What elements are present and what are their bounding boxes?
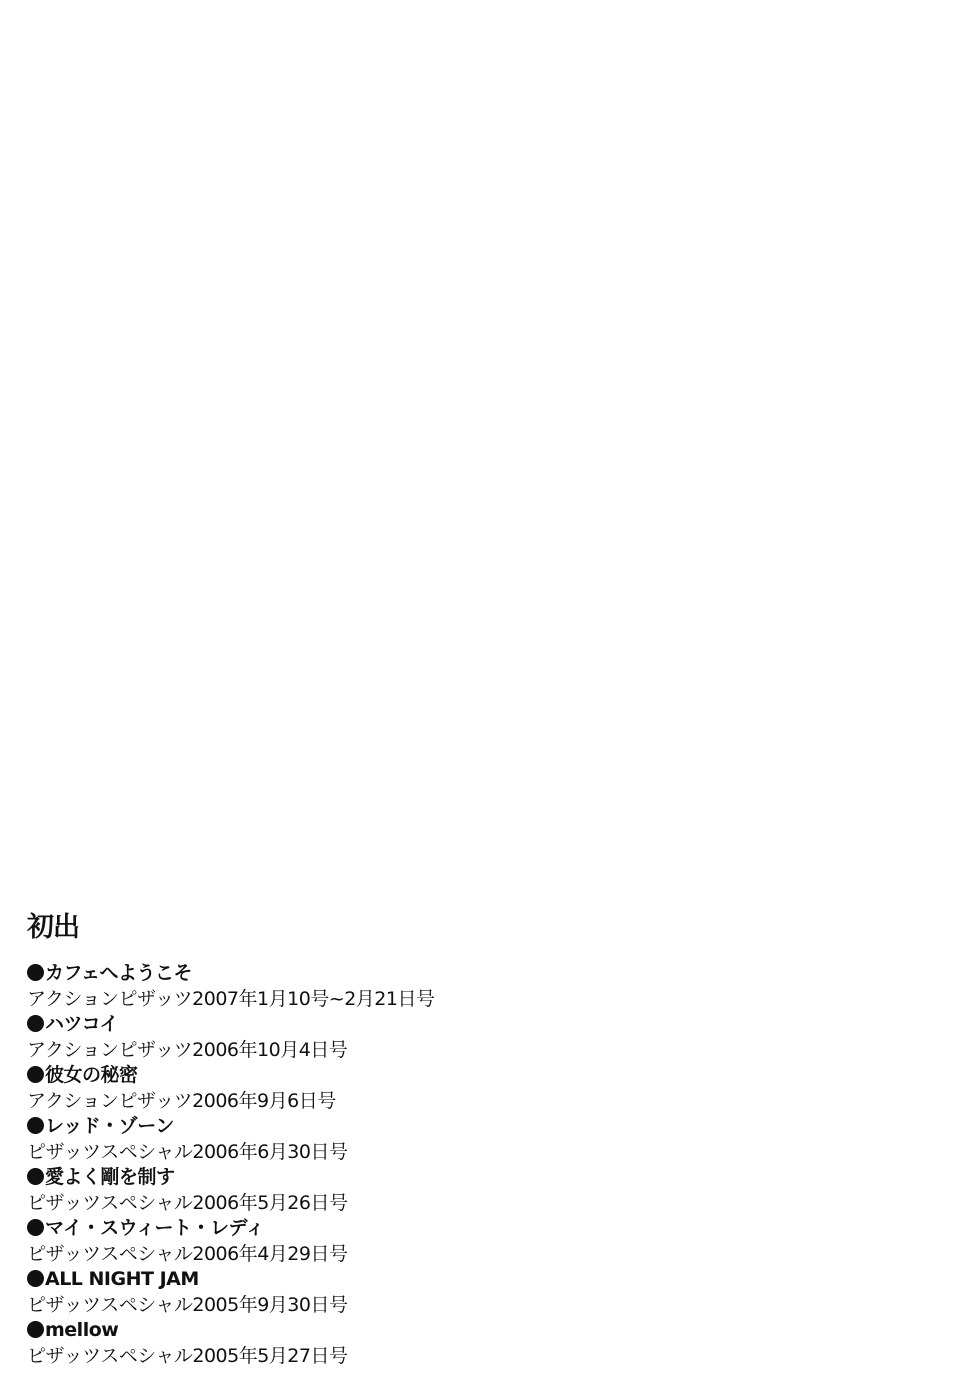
- story-title-text: マイ・スウィート・レディ: [45, 1217, 264, 1239]
- story-title: ALL NIGHT JAM: [27, 1267, 627, 1293]
- bullet-icon: [27, 1321, 44, 1338]
- credit-entry: レッド・ゾーン ピザッツスペシャル2006年6月30日号: [27, 1114, 627, 1165]
- story-title-text: レッド・ゾーン: [45, 1115, 174, 1137]
- page-title: 初出: [27, 908, 627, 948]
- story-title: 愛よく剛を制す: [27, 1165, 627, 1191]
- story-title-text: ALL NIGHT JAM: [45, 1268, 199, 1290]
- credit-entry: ハツコイ アクションピザッツ2006年10月4日号: [27, 1012, 627, 1063]
- story-title-text: 愛よく剛を制す: [45, 1166, 175, 1188]
- publication-source: アクションピザッツ2006年10月4日号: [27, 1038, 627, 1064]
- publication-source: アクションピザッツ2006年9月6日号: [27, 1089, 627, 1115]
- story-title-text: カフェへようこそ: [45, 962, 192, 984]
- bullet-icon: [27, 1066, 44, 1083]
- story-title: カフェへようこそ: [27, 961, 627, 987]
- publication-source: ピザッツスペシャル2006年5月26日号: [27, 1191, 627, 1217]
- story-title: mellow: [27, 1318, 627, 1344]
- publication-source: アクションピザッツ2007年1月10号~2月21日号: [27, 987, 627, 1013]
- story-title-text: 彼女の秘密: [45, 1064, 138, 1086]
- bullet-icon: [27, 1117, 44, 1134]
- credit-entry: カフェへようこそ アクションピザッツ2007年1月10号~2月21日号: [27, 961, 627, 1012]
- bullet-icon: [27, 1270, 44, 1287]
- credit-entry: ALL NIGHT JAM ピザッツスペシャル2005年9月30日号: [27, 1267, 627, 1318]
- bullet-icon: [27, 1168, 44, 1185]
- credit-entry: mellow ピザッツスペシャル2005年5月27日号: [27, 1318, 627, 1369]
- story-title: 彼女の秘密: [27, 1063, 627, 1089]
- publication-source: ピザッツスペシャル2006年4月29日号: [27, 1242, 627, 1268]
- first-appearance-credits: 初出 カフェへようこそ アクションピザッツ2007年1月10号~2月21日号 ハ…: [27, 908, 627, 1369]
- bullet-icon: [27, 964, 44, 981]
- story-title: ハツコイ: [27, 1012, 627, 1038]
- story-title-text: mellow: [45, 1319, 118, 1341]
- story-title-text: ハツコイ: [45, 1013, 118, 1035]
- publication-source: ピザッツスペシャル2005年9月30日号: [27, 1293, 627, 1319]
- credit-entry: 愛よく剛を制す ピザッツスペシャル2006年5月26日号: [27, 1165, 627, 1216]
- publication-source: ピザッツスペシャル2005年5月27日号: [27, 1344, 627, 1370]
- story-title: レッド・ゾーン: [27, 1114, 627, 1140]
- credit-entry: 彼女の秘密 アクションピザッツ2006年9月6日号: [27, 1063, 627, 1114]
- credit-entry: マイ・スウィート・レディ ピザッツスペシャル2006年4月29日号: [27, 1216, 627, 1267]
- story-title: マイ・スウィート・レディ: [27, 1216, 627, 1242]
- bullet-icon: [27, 1015, 44, 1032]
- bullet-icon: [27, 1219, 44, 1236]
- publication-source: ピザッツスペシャル2006年6月30日号: [27, 1140, 627, 1166]
